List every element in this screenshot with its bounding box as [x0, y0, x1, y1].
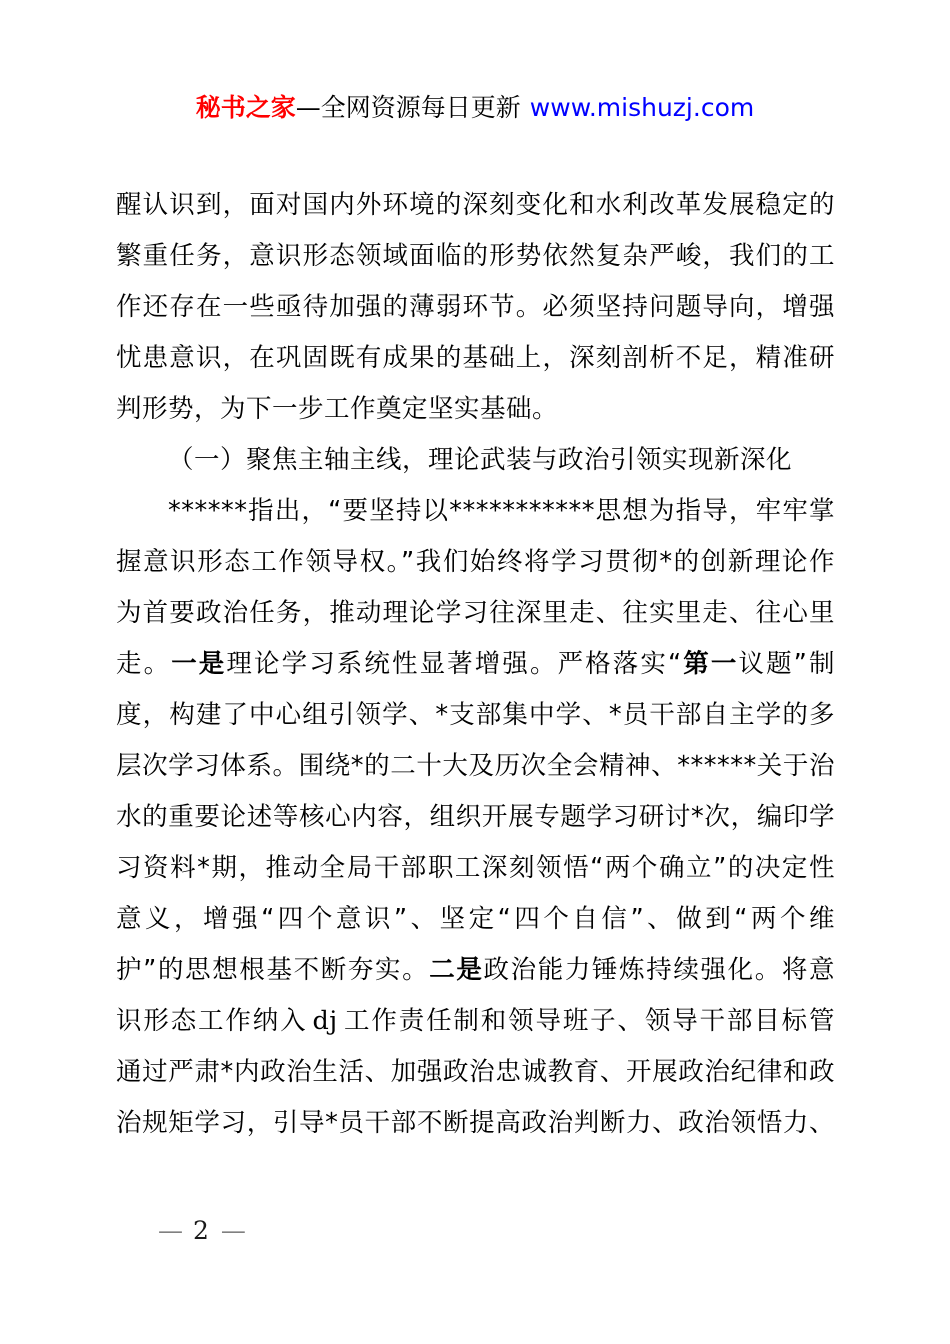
text-line: 判形势，为下一步工作奠定坚实基础。 [116, 384, 835, 435]
text-line: 为首要政治任务，推动理论学习往深里走、往实里走、往心里 [116, 588, 835, 639]
text-run: 习资料*期，推动全局干部职工深刻领悟“两个确立”的决定性 [116, 853, 835, 883]
text-line: ******指出，“要坚持以***********思想为指导，牢牢掌 [116, 486, 835, 537]
text-line: 握意识形态工作领导权。”我们始终将学习贯彻*的创新理论作 [116, 537, 835, 588]
text-line: 习资料*期，推动全局干部职工深刻领悟“两个确立”的决定性 [116, 843, 835, 894]
text-run: 通过严肃*内政治生活、加强政治忠诚教育、开展政治纪律和政 [116, 1057, 835, 1087]
text-run: 醒认识到，面对国内外环境的深刻变化和水利改革发展稳定的 [116, 190, 835, 220]
text-run: 护”的思想根基不断夯实。 [116, 955, 429, 985]
text-line: 通过严肃*内政治生活、加强政治忠诚教育、开展政治纪律和政 [116, 1047, 835, 1098]
text-line: 层次学习体系。围绕*的二十大及历次全会精神、******关于治 [116, 741, 835, 792]
text-line: 度，构建了中心组引领学、*支部集中学、*员干部自主学的多 [116, 690, 835, 741]
document-body: 醒认识到，面对国内外环境的深刻变化和水利改革发展稳定的繁重任务，意识形态领域面临… [116, 180, 835, 1149]
text-run: 忧患意识，在巩固既有成果的基础上，深刻剖析不足，精准研 [116, 343, 835, 373]
bold-text-run: 一是 [171, 649, 226, 679]
text-line: 走。一是理论学习系统性显著增强。严格落实“第一议题”制 [116, 639, 835, 690]
site-brand: 秘书之家 [196, 93, 296, 122]
text-run: 治规矩学习，引导*员干部不断提高政治判断力、政治领悟力、 [116, 1108, 835, 1138]
text-run: 作还存在一些亟待加强的薄弱环节。必须坚持问题导向，增强 [116, 292, 835, 322]
paragraph-2: ******指出，“要坚持以***********思想为指导，牢牢掌握意识形态工… [116, 486, 835, 1149]
text-line: 繁重任务，意识形态领域面临的形势依然复杂严峻，我们的工 [116, 231, 835, 282]
text-line: 意义，增强“四个意识”、坚定“四个自信”、做到“两个维 [116, 894, 835, 945]
text-line: 治规矩学习，引导*员干部不断提高政治判断力、政治领悟力、 [116, 1098, 835, 1149]
text-run: 识形态工作纳入 [116, 1006, 307, 1036]
text-run: 议题”制 [738, 649, 835, 679]
latin-text-run: dj [307, 1006, 342, 1036]
text-line: 护”的思想根基不断夯实。二是政治能力锤炼持续强化。将意 [116, 945, 835, 996]
text-run: 水的重要论述等核心内容，组织开展专题学习研讨*次，编印学 [116, 802, 835, 832]
page-number-left-dash: — [158, 1216, 181, 1245]
page-number-value: 2 [193, 1216, 209, 1245]
text-run: 判形势，为下一步工作奠定坚实基础。 [116, 394, 558, 424]
text-line: 水的重要论述等核心内容，组织开展专题学习研讨*次，编印学 [116, 792, 835, 843]
text-line: 作还存在一些亟待加强的薄弱环节。必须坚持问题导向，增强 [116, 282, 835, 333]
text-run: 理论学习系统性显著增强。严格落实“ [226, 649, 681, 679]
page-number: —2— [158, 1214, 244, 1248]
bold-text-run: 第一 [682, 649, 739, 679]
page-header: 秘书之家—全网资源每日更新www.mishuzj.com [0, 88, 950, 124]
text-run: 政治能力锤炼持续强化。将意 [483, 955, 835, 985]
page-number-right-dash: — [221, 1216, 244, 1245]
text-line: 识形态工作纳入dj工作责任制和领导班子、领导干部目标管理， [116, 996, 835, 1047]
text-run: ******指出，“要坚持以***********思想为指导，牢牢掌 [168, 496, 835, 526]
text-line: 醒认识到，面对国内外环境的深刻变化和水利改革发展稳定的 [116, 180, 835, 231]
text-run: 为首要政治任务，推动理论学习往深里走、往实里走、往心里 [116, 598, 835, 628]
text-run: 意义，增强“四个意识”、坚定“四个自信”、做到“两个维 [116, 904, 835, 934]
paragraph-1: 醒认识到，面对国内外环境的深刻变化和水利改革发展稳定的繁重任务，意识形态领域面临… [116, 180, 835, 435]
bold-text-run: 二是 [429, 955, 483, 985]
text-run: 层次学习体系。围绕*的二十大及历次全会精神、******关于治 [116, 751, 835, 781]
text-run: 握意识形态工作领导权。”我们始终将学习贯彻*的创新理论作 [116, 547, 835, 577]
text-run: 繁重任务，意识形态领域面临的形势依然复杂严峻，我们的工 [116, 241, 835, 271]
site-tagline: —全网资源每日更新 [296, 93, 521, 122]
text-line: 忧患意识，在巩固既有成果的基础上，深刻剖析不足，精准研 [116, 333, 835, 384]
section-heading: （一）聚焦主轴主线，理论武装与政治引领实现新深化 [116, 435, 835, 486]
text-run: 走。 [116, 649, 171, 679]
site-url-link[interactable]: www.mishuzj.com [530, 93, 754, 122]
text-run: 度，构建了中心组引领学、*支部集中学、*员干部自主学的多 [116, 700, 835, 730]
